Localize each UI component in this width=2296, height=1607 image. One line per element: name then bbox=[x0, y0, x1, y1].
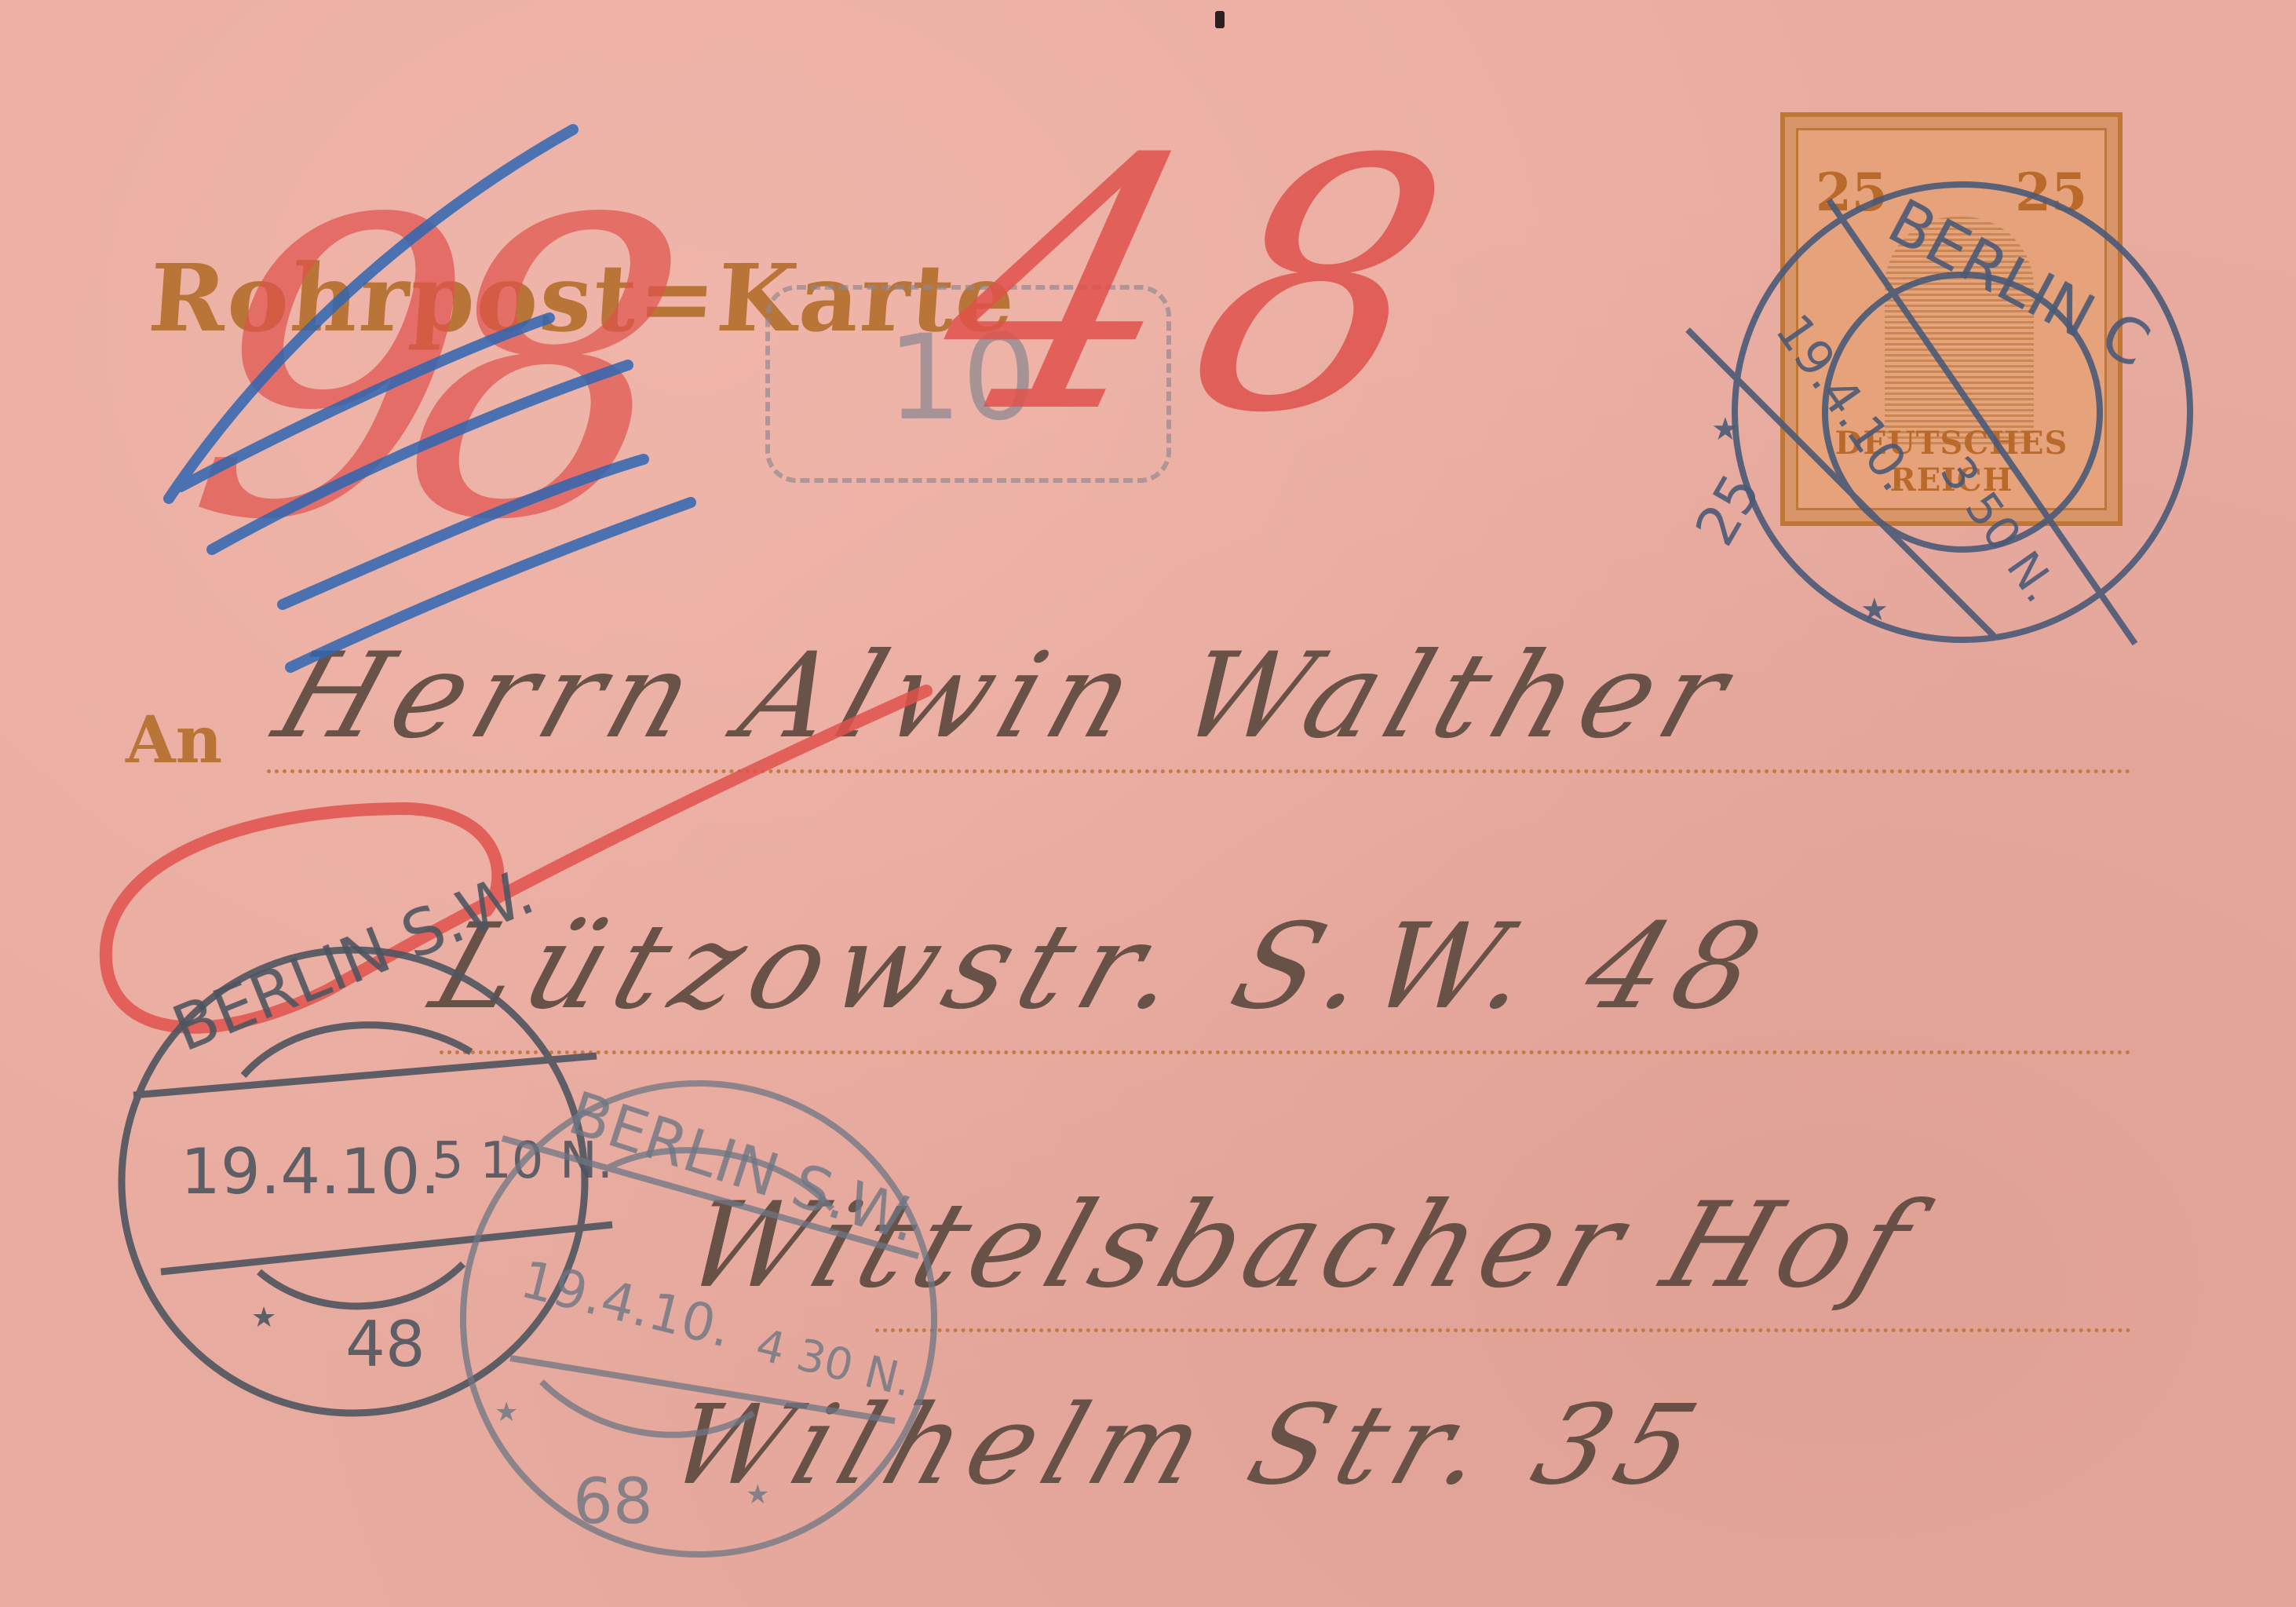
postmark-origin-time: 3 50 N. bbox=[1930, 447, 2068, 612]
markings-overlay: BERLIN C 19.4.10. 3 50 N. 25 ★ ★ BERLIN … bbox=[0, 0, 2296, 1607]
postmark-arrival-date: 19.4.10. bbox=[515, 1249, 737, 1360]
postmark-star-icon: ★ bbox=[1711, 411, 1739, 447]
postmark-origin-office: 25 bbox=[1683, 463, 1774, 556]
postmark-origin-datetime: 19.4.10. bbox=[1765, 304, 1927, 502]
postmark-transit-date: 19.4.10. bbox=[181, 1135, 440, 1208]
postmark-star-icon: ★ bbox=[1860, 592, 1889, 628]
postmark-star-icon: ★ bbox=[746, 1479, 769, 1510]
postmark-star-icon: ★ bbox=[495, 1397, 518, 1428]
postmark-arrival-time: 4 30 N. bbox=[751, 1320, 918, 1408]
blue-crayon-strikethrough-icon bbox=[169, 130, 691, 667]
postmark-transit-city: BERLIN S.W. bbox=[162, 855, 543, 1065]
postmark-transit-office: 48 bbox=[345, 1308, 425, 1381]
postal-card: Rohrpost=Karte 10 25 25 DEUTSCHES REICH … bbox=[0, 0, 2296, 1607]
postmark-star-icon: ★ bbox=[251, 1302, 276, 1334]
postmark-arrival-office: 68 bbox=[573, 1465, 653, 1538]
